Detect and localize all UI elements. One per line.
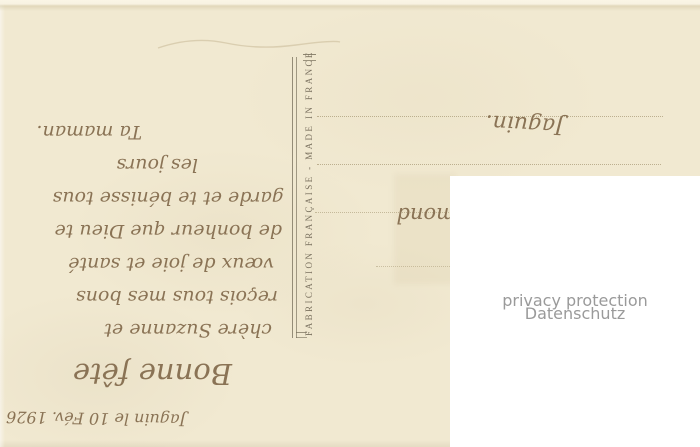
privacy-overlay: privacy protection Datenschutz xyxy=(450,176,700,447)
message-line: Ta maman. xyxy=(18,115,142,148)
divider-printed-label: FABRICATION FRANÇAISE - MADE IN FRANCE xyxy=(304,58,318,336)
message-line: vœux de joie et santé xyxy=(18,247,274,280)
message-line: reçois tous mes bons xyxy=(18,280,278,313)
handwritten-addressee: Jaguin. xyxy=(435,91,566,154)
postcard-scan: FABRICATION FRANÇAISE - MADE IN FRANCE B… xyxy=(0,0,700,447)
message-line: chère Suzanne et xyxy=(18,313,272,346)
handwritten-dateline: Jaguin le 10 Fév. 1926 xyxy=(4,396,187,439)
message-line: les jours xyxy=(18,148,198,181)
divider-rule xyxy=(292,57,297,338)
handwritten-message: Bonne fête chère Suzanne et reçois tous … xyxy=(18,76,284,394)
address-line-2 xyxy=(317,164,661,165)
message-line: garde et te bénisse tous xyxy=(18,181,284,214)
handwriting-fragment: mond xyxy=(360,197,456,233)
privacy-text-de: Datenschutz xyxy=(525,307,625,320)
message-line: Bonne fête xyxy=(18,354,232,394)
message-line: de bonheur que Dieu te xyxy=(18,214,282,247)
